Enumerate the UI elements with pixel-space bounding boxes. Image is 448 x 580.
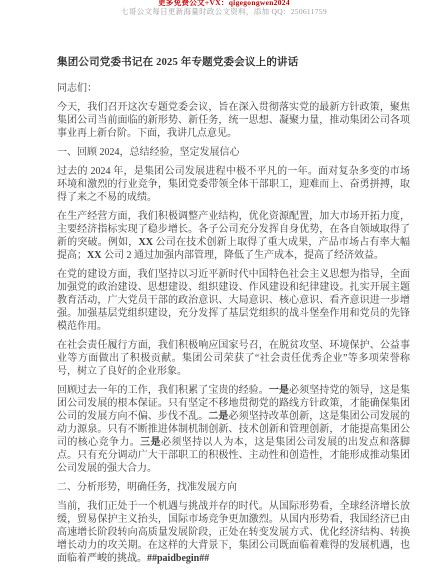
bold-text-run: XX xyxy=(138,237,152,248)
promo-header: 更多免费公文+VX：qigegongwen2024 七哥公文每日更新海量时政公文… xyxy=(0,0,448,17)
text-run: 公司 2 通过加强内部管理，降低了生产成本，提高了经济效益。 xyxy=(101,250,384,261)
promo-line-red: 更多免费公文+VX：qigegongwen2024 xyxy=(0,0,448,7)
production-paragraph: 在生产经营方面，我们积极调整产业结构，优化资源配置，加大市场开拓力度，主要经济指… xyxy=(57,210,410,262)
text-run: 在党的建设方面，我们坚持以习近平新时代中国特色社会主义思想为指导，全面加强党的政… xyxy=(57,269,410,332)
bold-text-run: 一是 xyxy=(269,385,289,396)
bold-text-run: XX xyxy=(87,250,101,261)
document-body: 同志们：今天，我们召开这次专题党委会议，旨在深入贯彻落实党的最新方针政策，聚焦集… xyxy=(57,82,410,565)
text-run: 当前，我们正处于一个机遇与挑战并存的时代。从国际形势看，全球经济增长放缓，贸易保… xyxy=(57,501,410,564)
document-page: 更多免费公文+VX：qigegongwen2024 七哥公文每日更新海量时政公文… xyxy=(0,0,448,580)
text-run: 在社会责任履行方面，我们积极响应国家号召，在脱贫攻坚、环境保护、公益事业等方面做… xyxy=(57,340,410,377)
salutation: 同志们： xyxy=(57,82,410,95)
social-responsibility-paragraph: 在社会责任履行方面，我们积极响应国家号召，在脱贫攻坚、环境保护、公益事业等方面做… xyxy=(57,339,410,378)
text-run: 过去的 2024 年，是集团公司发展进程中极不平凡的一年。面对复杂多变的市场环境… xyxy=(57,166,410,203)
text-run: 一、回顾 2024，总结经验，坚定发展信心 xyxy=(57,147,240,158)
text-run: 同志们： xyxy=(57,83,97,94)
promo-line-gray: 七哥公文每日更新海量时政公文资料，添加 QQ：250611759 xyxy=(0,7,448,17)
text-run: 今天，我们召开这次专题党委会议，旨在深入贯彻落实党的最新方针政策，聚焦集团公司当… xyxy=(57,102,410,139)
section-heading-1: 一、回顾 2024，总结经验，坚定发展信心 xyxy=(57,146,410,159)
intro-paragraph: 今天，我们召开这次专题党委会议，旨在深入贯彻落实党的最新方针政策，聚焦集团公司当… xyxy=(57,101,410,140)
experience-paragraph: 回顾过去一年的工作，我们积累了宝贵的经验。一是必须坚持党的领导，这是集团公司发展… xyxy=(57,384,410,475)
review-paragraph: 过去的 2024 年，是集团公司发展进程中极不平凡的一年。面对复杂多变的市场环境… xyxy=(57,165,410,204)
bold-text-run: 三是 xyxy=(140,437,161,448)
bold-text-run: 二是 xyxy=(208,411,228,422)
bold-text-run: ##paidbegin## xyxy=(147,553,209,564)
text-run: 回顾过去一年的工作，我们积累了宝贵的经验。 xyxy=(57,385,269,396)
party-building-paragraph: 在党的建设方面，我们坚持以习近平新时代中国特色社会主义思想为指导，全面加强党的政… xyxy=(57,268,410,333)
situation-paragraph: 当前，我们正处于一个机遇与挑战并存的时代。从国际形势看，全球经济增长放缓，贸易保… xyxy=(57,500,410,565)
section-heading-2: 二、分析形势，明确任务，找准发展方向 xyxy=(57,481,410,494)
text-run: 二、分析形势，明确任务，找准发展方向 xyxy=(57,482,237,493)
